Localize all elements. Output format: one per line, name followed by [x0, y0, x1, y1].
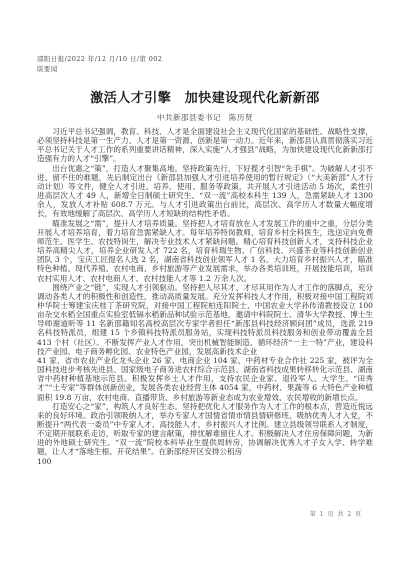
article-byline: 中共新邵县委书记 陈历贤	[0, 112, 410, 123]
page-indicator: 第 1 页 共 2 页	[310, 509, 362, 518]
paragraph-line: 打造安心之“家”，构筑人才良好生态。坚持把优化人才服务作为人才工作的根本点，营造…	[37, 402, 373, 457]
article-body: 习近平总书记强调，教育、科技、人才是全面建设社会主义现代化国家的基础性、战略性支…	[37, 127, 373, 466]
doc-header-line-1: 邵阳日报/2022 年/12 月/10 日/第 002	[37, 55, 162, 65]
doc-header-line-2: 版要闻	[37, 65, 162, 75]
paragraph-line: 瞄准发展之“需”，提升人才培养质量。坚持把人才培育放在人才发展工作的重中之重，分…	[37, 219, 373, 283]
document-page: 邵阳日报/2022 年/12 月/10 日/第 002 版要闻 激活人才引擎 加…	[0, 0, 410, 580]
paragraph-line: 出台优惠之“策”，打造人才聚集高地。坚持政策先行，下好揽才引智“先手棋”。为破解…	[37, 164, 373, 219]
article-title: 激活人才引擎 加快建设现代化新新邵	[0, 87, 410, 106]
paragraph-line: 围绕产业之“链”，实现人才引领驱动。坚持把人尽其才、才尽其用作为人才工作的落脚点…	[37, 283, 373, 356]
paragraph-line: 习近平总书记强调，教育、科技、人才是全面建设社会主义现代化国家的基础性、战略性支…	[37, 127, 373, 164]
paragraph-line: 41 家、省市农业产业化龙头企业 26 家、电商企业 104 家、中药材专业合作…	[37, 356, 373, 402]
doc-header: 邵阳日报/2022 年/12 月/10 日/第 002 版要闻	[37, 55, 162, 74]
paragraph-line: 100	[37, 457, 373, 466]
